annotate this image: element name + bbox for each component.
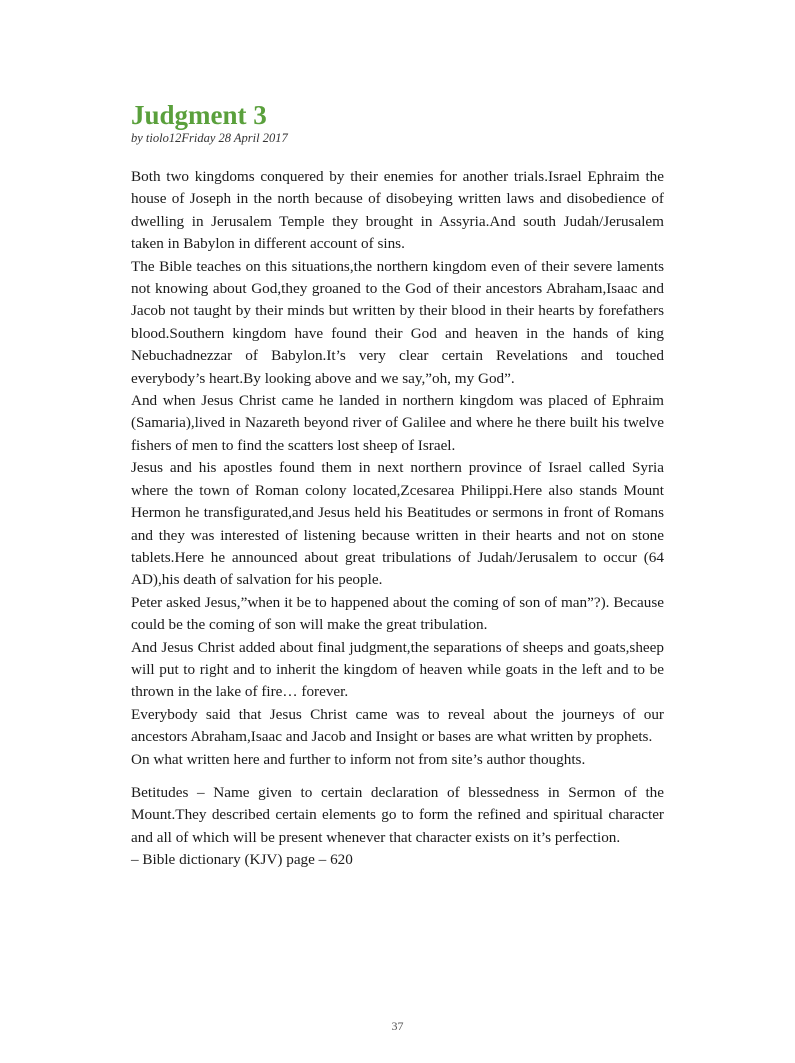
paragraph-2: The Bible teaches on this situations,the…: [131, 256, 664, 390]
paragraph-8: On what written here and further to info…: [131, 749, 664, 771]
paragraph-1: Both two kingdoms conquered by their ene…: [131, 166, 664, 256]
page-number: 37: [0, 1019, 795, 1034]
paragraph-3: And when Jesus Christ came he landed in …: [131, 390, 664, 457]
article-body: Both two kingdoms conquered by their ene…: [131, 166, 664, 872]
section-gap: [131, 771, 664, 782]
paragraph-4: Jesus and his apostles found them in nex…: [131, 457, 664, 591]
definition-text: Betitudes – Name given to certain declar…: [131, 782, 664, 849]
article-title: Judgment 3: [131, 100, 664, 130]
article-byline: by tiolo12Friday 28 April 2017: [131, 130, 664, 146]
paragraph-5: Peter asked Jesus,”when it be to happene…: [131, 592, 664, 637]
paragraph-6: And Jesus Christ added about final judgm…: [131, 637, 664, 704]
definition-source: – Bible dictionary (KJV) page – 620: [131, 849, 664, 871]
paragraph-7: Everybody said that Jesus Christ came wa…: [131, 704, 664, 749]
document-page: Judgment 3 by tiolo12Friday 28 April 201…: [131, 100, 664, 872]
